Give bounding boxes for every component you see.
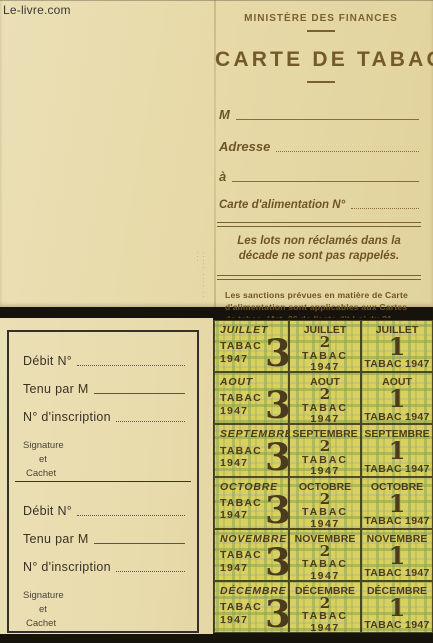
et-label: et [39, 453, 185, 467]
signature-block: Signature et Cachet [23, 439, 185, 480]
coupon-year: 1947 [290, 571, 360, 581]
signature-label: Signature [23, 589, 185, 603]
coupon-year: 1947 [220, 562, 262, 575]
coupon-denomination: 2 [290, 336, 360, 350]
city-field: à [219, 169, 421, 184]
coupon-denomination: 3 [265, 443, 289, 473]
scanned-tobacco-card: Le-livre.com MINISTÈRE DES FINANCES CART… [0, 0, 433, 643]
coupon-aout-2: AOUT2TABAC1947 [289, 372, 361, 424]
coupon-year: 1947 [220, 614, 262, 627]
cachet-label: Cachet [26, 467, 185, 481]
card-back: Débit N° Tenu par M N° d'inscription Sig… [0, 318, 433, 643]
coupon-denomination: 1 [362, 441, 432, 461]
coupon-product-year: TABAC1947 [220, 392, 262, 417]
ministry-heading: MINISTÈRE DES FINANCES [215, 13, 427, 24]
city-label: à [219, 169, 226, 184]
debit-field: Débit N° [23, 354, 185, 368]
registration-section-2: Débit N° Tenu par M N° d'inscription Sig… [9, 482, 197, 631]
address-blank-line [276, 150, 419, 152]
coupon-year: 1947 [290, 623, 360, 633]
registration-box: Débit N° Tenu par M N° d'inscription Sig… [7, 330, 199, 633]
coupon-denomination: 2 [290, 388, 360, 402]
coupon-product-year: TABAC 1947 [362, 567, 432, 580]
coupon-denomination: 3 [265, 391, 289, 421]
coupon-décembre-3: DÉCEMBRETABAC19473 [214, 581, 289, 633]
coupon-body: TABAC19473 [215, 440, 288, 473]
coupon-year: 1947 [220, 509, 262, 522]
tenu-blank-line [94, 392, 185, 394]
coupon-juillet-3: JUILLETTABAC19473 [214, 320, 289, 372]
title-rule [307, 81, 335, 83]
name-label: M [219, 107, 230, 122]
tenu-label: Tenu par M [23, 382, 89, 396]
card-front-content: MINISTÈRE DES FINANCES CARTE DE TABAC M … [215, 0, 427, 307]
coupon-product: TABAC [220, 445, 262, 458]
coupon-octobre-1: OCTOBRE1TABAC 1947 [361, 477, 433, 529]
coupon-novembre-2: NOVEMBRE2TABAC1947 [289, 529, 361, 581]
coupon-denomination: 2 [290, 545, 360, 559]
coupon-year: 1947 [220, 457, 262, 470]
inscription-blank-line [116, 420, 185, 422]
coupon-novembre-1: NOVEMBRE1TABAC 1947 [361, 529, 433, 581]
tenu-field: Tenu par M [23, 382, 185, 396]
coupon-product-year: TABAC1947 [220, 445, 262, 470]
coupon-décembre-1: DÉCEMBRE1TABAC 1947 [361, 581, 433, 633]
coupon-denomination: 1 [362, 546, 432, 566]
coupon-product-year: TABAC 1947 [362, 619, 432, 632]
coupon-year: 1947 [290, 519, 360, 529]
coupon-product: TABAC [290, 558, 360, 571]
coupon-denomination: 1 [362, 389, 432, 409]
coupon-year: 1947 [220, 405, 262, 418]
debit-label: Débit N° [23, 354, 72, 368]
coupon-denomination: 3 [265, 548, 289, 578]
inscription-field: N° d'inscription [23, 410, 185, 424]
inscription-field: N° d'inscription [23, 560, 185, 574]
coupon-product: TABAC [290, 506, 360, 519]
name-field: M [219, 107, 421, 122]
coupon-product: TABAC [220, 392, 262, 405]
coupon-septembre-2: SEPTEMBRE2TABAC1947 [289, 424, 361, 476]
debit-blank-line [77, 514, 185, 516]
card-front: MINISTÈRE DES FINANCES CARTE DE TABAC M … [0, 0, 433, 307]
coupon-product: TABAC [220, 549, 262, 562]
food-card-number-label: Carte d'alimentation N° [219, 199, 345, 211]
coupon-product-year: TABAC 1947 [362, 515, 432, 528]
coupon-year: 1947 [290, 362, 360, 372]
cachet-label: Cachet [26, 617, 185, 631]
address-label: Adresse [219, 139, 270, 154]
card-title: CARTE DE TABAC [215, 48, 427, 72]
coupon-product: TABAC [220, 340, 262, 353]
address-field: Adresse [219, 139, 421, 154]
coupon-denomination: 1 [362, 494, 432, 514]
coupon-denomination: 2 [290, 440, 360, 454]
debit-label: Débit N° [23, 504, 72, 518]
debit-field: Débit N° [23, 504, 185, 518]
coupon-septembre-1: SEPTEMBRE1TABAC 1947 [361, 424, 433, 476]
printer-imprint: ····· ···· ·· ··· [194, 252, 206, 308]
coupon-product: TABAC [220, 601, 262, 614]
watermark-text: Le-livre.com [3, 3, 71, 17]
coupon-body: TABAC19473 [215, 597, 288, 630]
coupon-juillet-1: JUILLET1TABAC 1947 [361, 320, 433, 372]
signature-label: Signature [23, 439, 185, 453]
inscription-blank-line [116, 570, 185, 572]
registration-panel: Débit N° Tenu par M N° d'inscription Sig… [0, 318, 213, 634]
coupon-octobre-3: OCTOBRETABAC19473 [214, 477, 289, 529]
coupon-body: TABAC19473 [215, 336, 288, 369]
coupon-product-year: TABAC1947 [220, 340, 262, 365]
city-blank-line [232, 180, 419, 182]
coupon-novembre-3: NOVEMBRETABAC19473 [214, 529, 289, 581]
coupon-body: TABAC19473 [215, 493, 288, 526]
coupon-product-year: TABAC 1947 [362, 358, 432, 371]
coupon-denomination: 1 [362, 337, 432, 357]
coupon-product-year: TABAC1947 [220, 549, 262, 574]
coupon-denomination: 3 [265, 600, 289, 630]
inscription-label: N° d'inscription [23, 560, 111, 574]
double-rule-bottom [217, 275, 421, 280]
registration-section-1: Débit N° Tenu par M N° d'inscription Sig… [9, 332, 197, 481]
coupon-body: TABAC19473 [215, 388, 288, 421]
food-card-number-field: Carte d'alimentation N° [219, 199, 421, 211]
coupon-denomination: 3 [265, 496, 289, 526]
et-label: et [39, 603, 185, 617]
coupon-year: 1947 [290, 466, 360, 476]
coupon-décembre-2: DÉCEMBRE2TABAC1947 [289, 581, 361, 633]
coupon-product-year: TABAC1947 [220, 497, 262, 522]
coupon-denomination: 2 [290, 493, 360, 507]
coupon-septembre-3: SEPTEMBRETABAC19473 [214, 424, 289, 476]
coupon-denomination: 3 [265, 339, 289, 369]
coupon-year: 1947 [290, 414, 360, 424]
coupon-year: 1947 [220, 353, 262, 366]
debit-blank-line [77, 364, 185, 366]
coupon-denomination: 2 [290, 597, 360, 611]
coupon-product-year: TABAC1947 [220, 601, 262, 626]
coupon-aout-3: AOUTTABAC19473 [214, 372, 289, 424]
coupon-aout-1: AOUT1TABAC 1947 [361, 372, 433, 424]
unclaimed-lots-notice: Les lots non réclamés dans la décade ne … [219, 234, 419, 264]
tenu-label: Tenu par M [23, 532, 89, 546]
coupon-juillet-2: JUILLET2TABAC1947 [289, 320, 361, 372]
inscription-label: N° d'inscription [23, 410, 111, 424]
heading-rule [307, 30, 335, 32]
coupon-product-year: TABAC 1947 [362, 411, 432, 424]
coupon-octobre-2: OCTOBRE2TABAC1947 [289, 477, 361, 529]
signature-block: Signature et Cachet [23, 589, 185, 630]
coupon-product-year: TABAC 1947 [362, 463, 432, 476]
tenu-blank-line [94, 542, 185, 544]
coupon-body: TABAC19473 [215, 545, 288, 578]
tenu-field: Tenu par M [23, 532, 185, 546]
double-rule-top [217, 222, 421, 227]
ration-coupon-sheet: JUILLETTABAC19473JUILLET2TABAC1947JUILLE… [213, 320, 433, 633]
name-blank-line [236, 118, 419, 120]
coupon-denomination: 1 [362, 598, 432, 618]
coupon-product: TABAC [220, 497, 262, 510]
food-card-blank-line [351, 207, 419, 209]
